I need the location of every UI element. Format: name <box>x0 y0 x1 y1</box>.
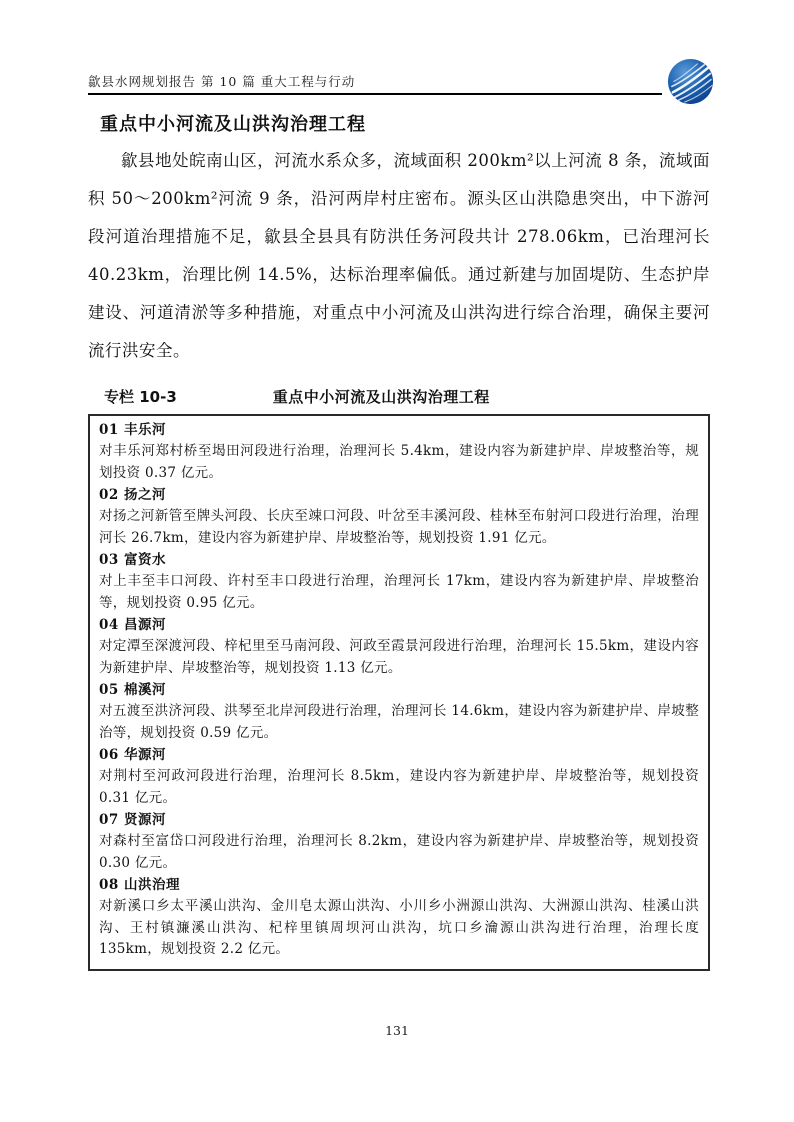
panel-item: 02 扬之河 对扬之河新管至牌头河段、长庆至竦口河段、叶岔至丰溪河段、桂林至布射… <box>99 484 699 549</box>
panel-item-heading: 08 山洪治理 <box>99 874 699 896</box>
panel-item-description: 对扬之河新管至牌头河段、长庆至竦口河段、叶岔至丰溪河段、桂林至布射河口段进行治理… <box>99 506 699 549</box>
panel-item: 07 贤源河 对森村至富岱口河段进行治理，治理河长 8.2km，建设内容为新建护… <box>99 809 699 874</box>
section-title: 重点中小河流及山洪沟治理工程 <box>100 110 710 136</box>
panel-items: 01 丰乐河 对丰乐河郑村桥至堨田河段进行治理，治理河长 5.4km，建设内容为… <box>88 414 710 971</box>
panel-item-description: 对森村至富岱口河段进行治理，治理河长 8.2km，建设内容为新建护岸、岸坡整治等… <box>99 831 699 874</box>
panel-item: 08 山洪治理 对新溪口乡太平溪山洪沟、金川皂太源山洪沟、小川乡小洲源山洪沟、大… <box>99 874 699 961</box>
panel-item: 05 棉溪河 对五渡至洪济河段、洪琴至北岸河段进行治理，治理河长 14.6km，… <box>99 679 699 744</box>
panel-item: 03 富资水 对上丰至丰口河段、许村至丰口段进行治理，治理河长 17km，建设内… <box>99 549 699 614</box>
panel-item-heading: 01 丰乐河 <box>99 419 699 441</box>
panel-item-heading: 02 扬之河 <box>99 484 699 506</box>
page-content: 重点中小河流及山洪沟治理工程 歙县地处皖南山区，河流水系众多，流域面积 200k… <box>88 110 710 971</box>
panel-item-heading: 03 富资水 <box>99 549 699 571</box>
page-number: 131 <box>385 1023 409 1038</box>
page-footer: 131 <box>0 1023 794 1038</box>
panel-item-description: 对定潭至深渡河段、梓杞里至马南河段、河政至霞景河段进行治理，治理河长 15.5k… <box>99 636 699 679</box>
panel-label: 专栏 10-3 <box>104 386 177 407</box>
panel-item-heading: 04 昌源河 <box>99 614 699 636</box>
running-header-text: 歙县水网规划报告 第 10 篇 重大工程与行动 <box>88 72 355 90</box>
section-paragraph: 歙县地处皖南山区，河流水系众多，流域面积 200km²以上河流 8 条，流域面积… <box>88 142 710 370</box>
panel-item-description: 对丰乐河郑村桥至堨田河段进行治理，治理河长 5.4km，建设内容为新建护岸、岸坡… <box>99 441 699 484</box>
panel-item-description: 对新溪口乡太平溪山洪沟、金川皂太源山洪沟、小川乡小洲源山洪沟、大洲源山洪沟、桂溪… <box>99 896 699 961</box>
panel-caption: 专栏 10-3 重点中小河流及山洪沟治理工程 <box>104 386 710 407</box>
panel-item-heading: 07 贤源河 <box>99 809 699 831</box>
panel-item-heading: 05 棉溪河 <box>99 679 699 701</box>
document-page: 歙县水网规划报告 第 10 篇 重大工程与行动 <box>0 0 794 1122</box>
panel-item-description: 对上丰至丰口河段、许村至丰口段进行治理，治理河长 17km，建设内容为新建护岸、… <box>99 571 699 614</box>
panel-item-description: 对荆村至河政河段进行治理，治理河长 8.5km，建设内容为新建护岸、岸坡整治等，… <box>99 766 699 809</box>
panel-item: 04 昌源河 对定潭至深渡河段、梓杞里至马南河段、河政至霞景河段进行治理，治理河… <box>99 614 699 679</box>
header-rule <box>88 93 662 95</box>
company-logo-icon <box>667 58 714 105</box>
panel-caption-title: 重点中小河流及山洪沟治理工程 <box>273 386 490 407</box>
panel-item-description: 对五渡至洪济河段、洪琴至北岸河段进行治理，治理河长 14.6km，建设内容为新建… <box>99 701 699 744</box>
page-header: 歙县水网规划报告 第 10 篇 重大工程与行动 <box>88 58 710 106</box>
panel-item: 01 丰乐河 对丰乐河郑村桥至堨田河段进行治理，治理河长 5.4km，建设内容为… <box>99 419 699 484</box>
panel-item: 06 华源河 对荆村至河政河段进行治理，治理河长 8.5km，建设内容为新建护岸… <box>99 744 699 809</box>
panel-item-heading: 06 华源河 <box>99 744 699 766</box>
